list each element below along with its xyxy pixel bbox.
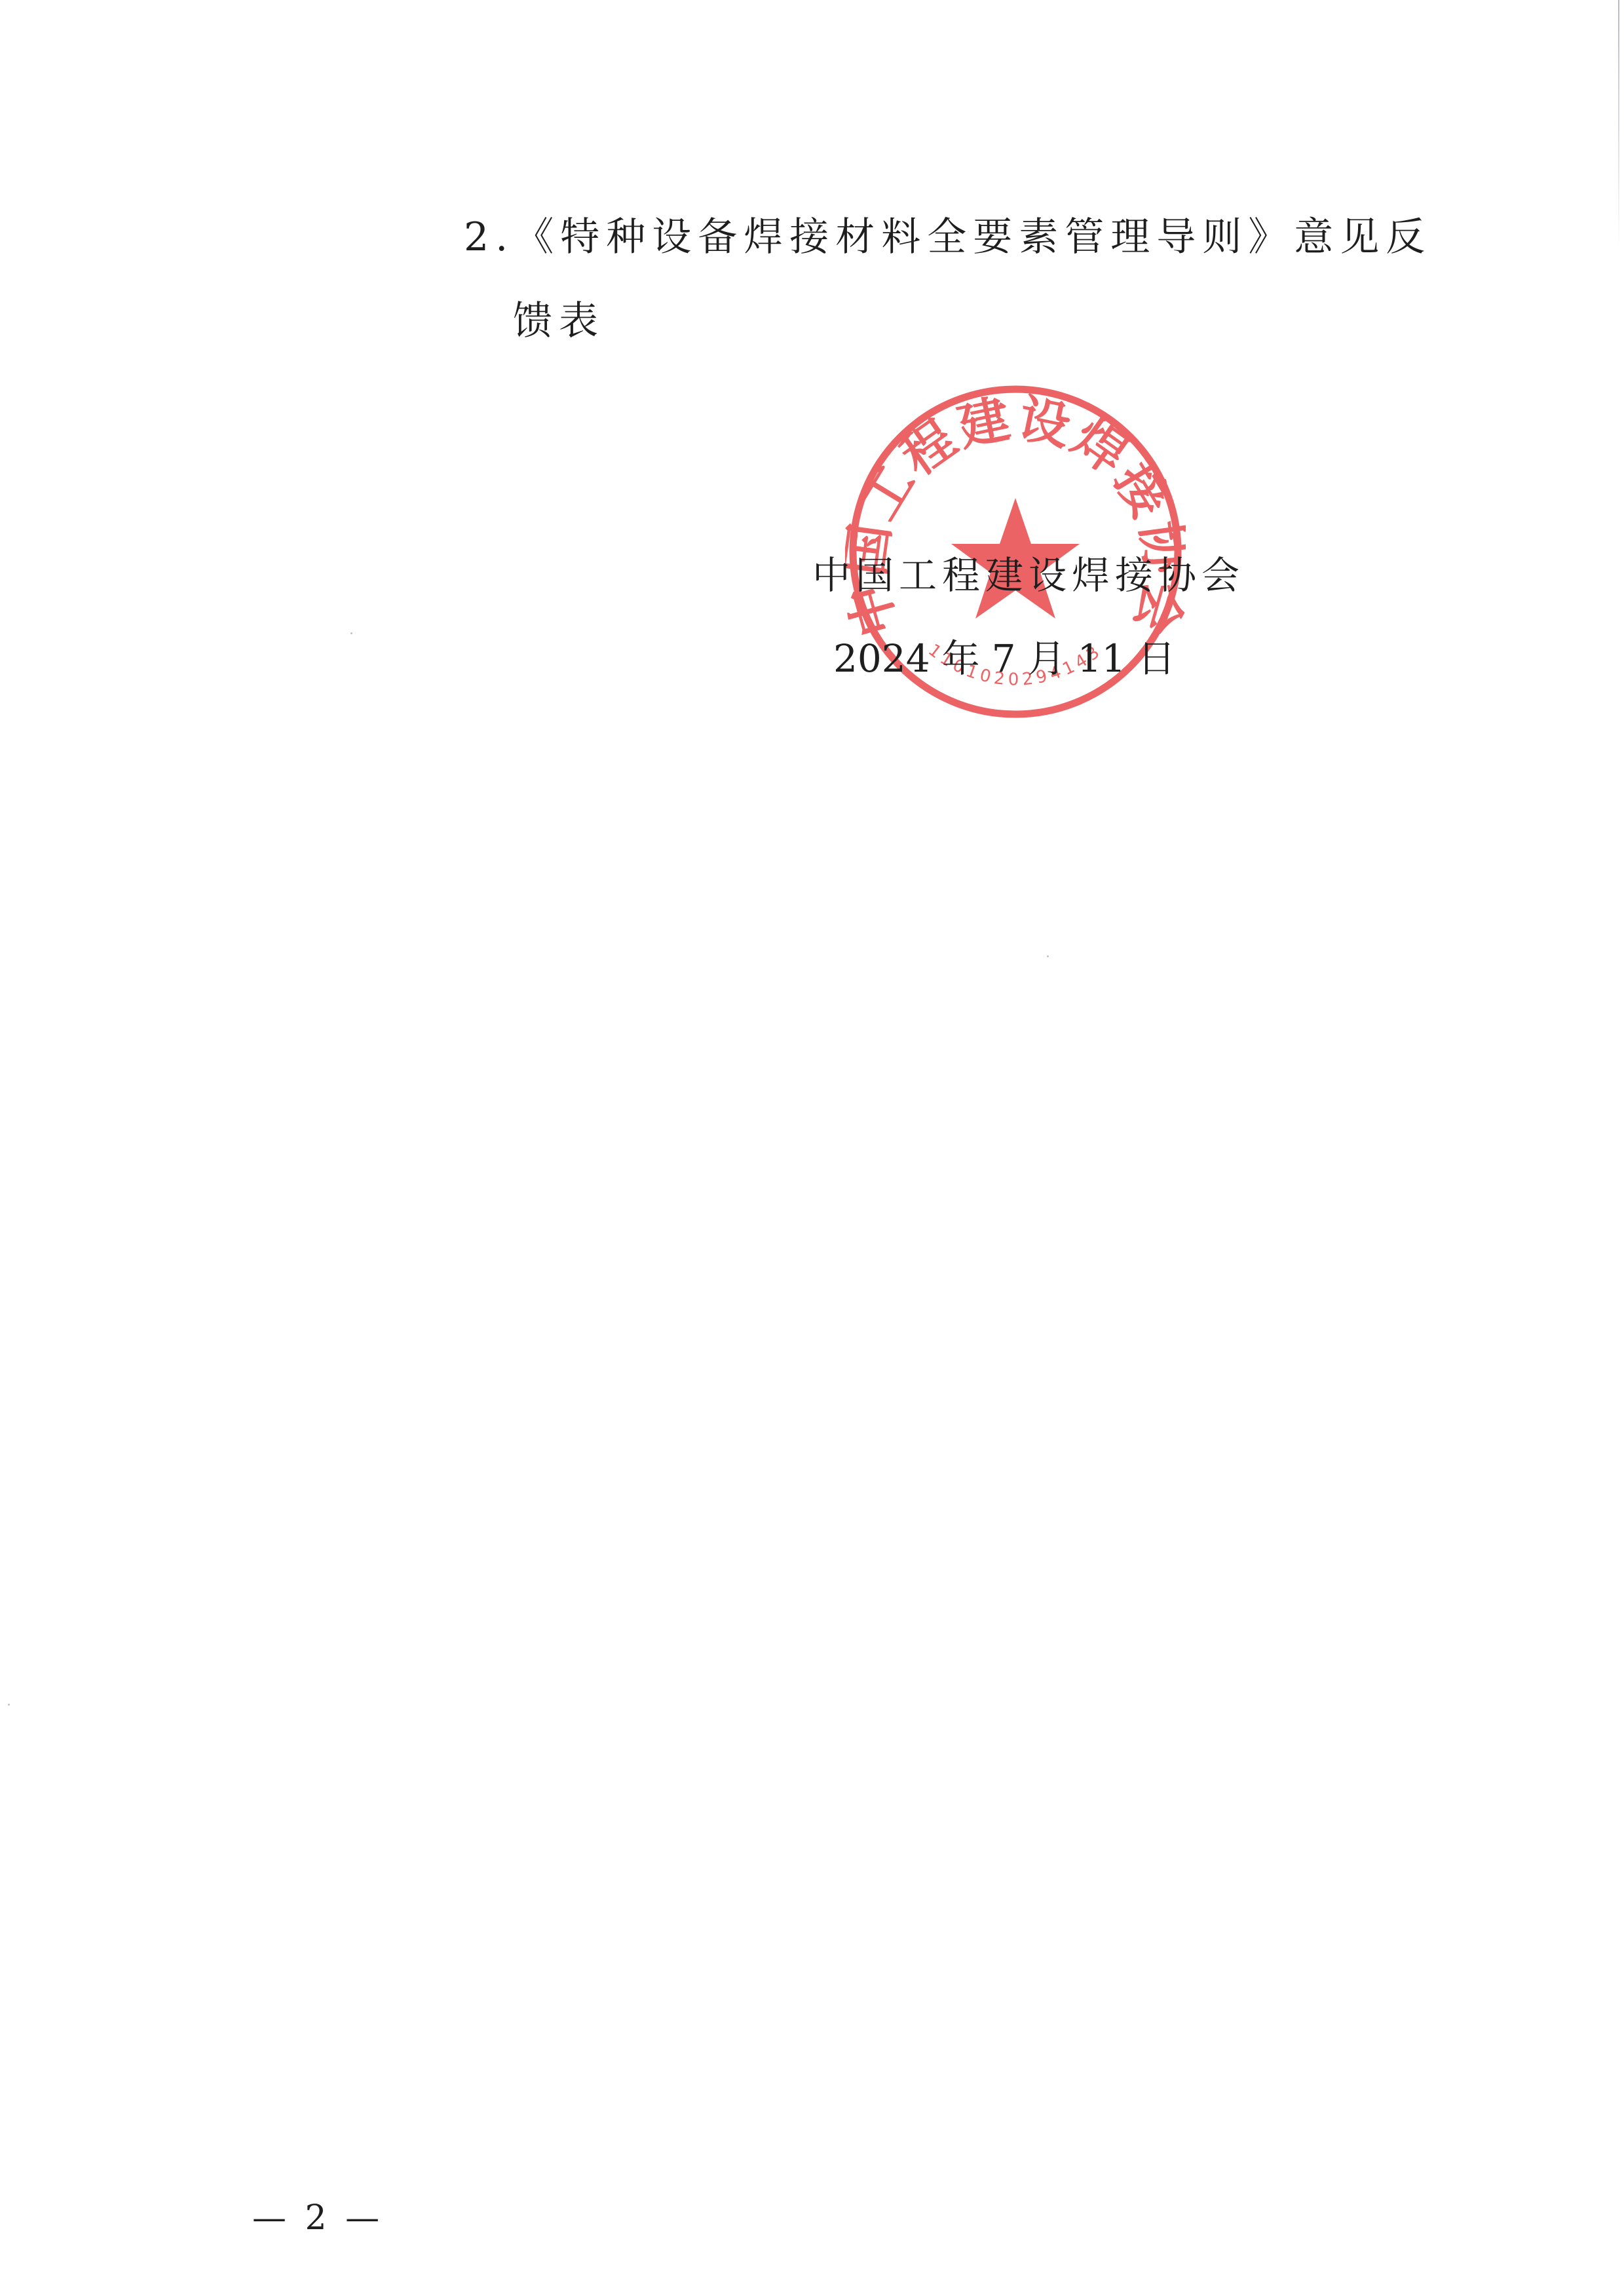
date-year: 2024 [833, 636, 930, 681]
date-month-unit: 月 [1028, 636, 1066, 681]
scan-speck [1047, 955, 1049, 957]
date-year-unit: 年 [942, 636, 980, 681]
date-month: 7 [992, 636, 1016, 681]
signature-date: 2024年7月11日 [833, 632, 1187, 685]
scan-edge-line [1618, 0, 1619, 249]
scan-speck [8, 1704, 10, 1706]
attachment-item-line1: 2.《特种设备焊接材料全要素管理导则》意见反 [464, 211, 1431, 263]
date-day: 11 [1078, 636, 1126, 681]
document-page: 2.《特种设备焊接材料全要素管理导则》意见反 馈表 中国工程建设焊接协会 110… [0, 0, 1624, 2296]
page-number: — 2 — [252, 2195, 383, 2241]
signature-organization: 中国工程建设焊接协会 [812, 549, 1245, 602]
date-day-unit: 日 [1137, 636, 1175, 681]
attachment-item-line2: 馈表 [513, 295, 605, 347]
scan-speck [350, 632, 352, 634]
